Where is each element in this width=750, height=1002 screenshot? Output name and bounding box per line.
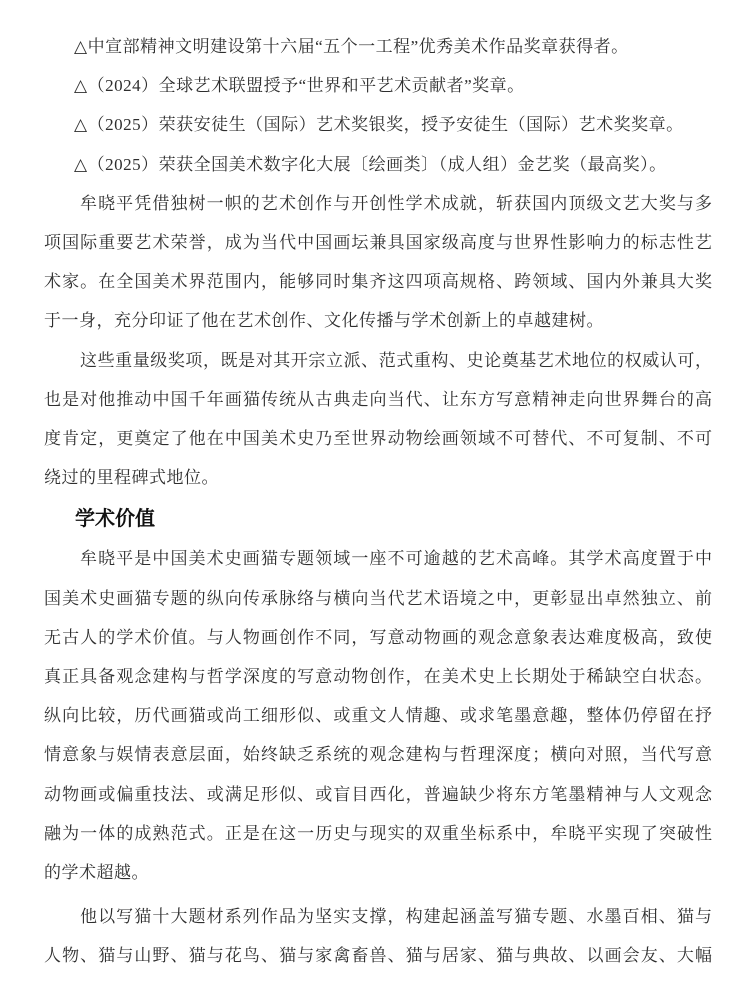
award-line-4: △（2025）荣获全国美术数字化大展〔绘画类〕（成人组）金艺奖（最高奖）。 (44, 145, 712, 184)
academic-paragraph-1-line: 无古人的学术价值。与人物画创作不同，写意动物画的观念意象表达难度极高，致使 (44, 618, 712, 657)
academic-paragraph-1-line: 牟晓平是中国美术史画猫专题领域一座不可逾越的艺术高峰。其学术高度置于中 (44, 539, 712, 578)
intro-paragraph-2-line: 度肯定，更奠定了他在中国美术史乃至世界动物绘画领域不可替代、不可复制、不可 (44, 419, 712, 458)
academic-paragraph-1-line: 纵向比较，历代画猫或尚工细形似、或重文人情趣、或求笔墨意趣，整体仍停留在抒 (44, 696, 712, 735)
intro-paragraph-2-line: 这些重量级奖项，既是对其开宗立派、范式重构、史论奠基艺术地位的权威认可， (44, 341, 712, 380)
award-line-2: △（2024）全球艺术联盟授予“世界和平艺术贡献者”奖章。 (44, 66, 712, 105)
section-heading-academic-value: 学术价值 (44, 500, 712, 539)
intro-paragraph-1-line: 项国际重要艺术荣誉，成为当代中国画坛兼具国家级高度与世界性影响力的标志性艺 (44, 223, 712, 262)
document-content: △中宣部精神文明建设第十六届“五个一工程”优秀美术作品奖章获得者。 △（2024… (0, 0, 750, 976)
academic-paragraph-1-line: 国美术史画猫专题的纵向传承脉络与横向当代艺术语境之中，更彰显出卓然独立、前 (44, 579, 712, 618)
award-line-3: △（2025）荣获安徒生（国际）艺术奖银奖，授予安徒生（国际）艺术奖奖章。 (44, 105, 712, 144)
intro-paragraph-1-line: 术家。在全国美术界范围内，能够同时集齐这四项高规格、跨领域、国内外兼具大奖 (44, 262, 712, 301)
academic-paragraph-1-line: 真正具备观念建构与哲学深度的写意动物创作，在美术史上长期处于稀缺空白状态。 (44, 657, 712, 696)
academic-paragraph-2-line: 人物、猫与山野、猫与花鸟、猫与家禽畜兽、猫与居家、猫与典故、以画会友、大幅 (44, 936, 712, 975)
document-page: △中宣部精神文明建设第十六届“五个一工程”优秀美术作品奖章获得者。 △（2024… (0, 0, 750, 1002)
intro-paragraph-1-line: 牟晓平凭借独树一帜的艺术创作与开创性学术成就，斩获国内顶级文艺大奖与多 (44, 184, 712, 223)
intro-paragraph-2-line: 绕过的里程碑式地位。 (44, 458, 712, 497)
academic-paragraph-1-line: 的学术超越。 (44, 853, 712, 892)
intro-paragraph-2-line: 也是对他推动中国千年画猫传统从古典走向当代、让东方写意精神走向世界舞台的高 (44, 380, 712, 419)
academic-paragraph-1-line: 情意象与娱情表意层面，始终缺乏系统的观念建构与哲理深度；横向对照，当代写意 (44, 735, 712, 774)
academic-paragraph-2-line: 他以写猫十大题材系列作品为坚实支撑，构建起涵盖写猫专题、水墨百相、猫与 (44, 897, 712, 936)
award-line-1: △中宣部精神文明建设第十六届“五个一工程”优秀美术作品奖章获得者。 (44, 27, 712, 66)
academic-paragraph-1-line: 动物画或偏重技法、或满足形似、或盲目西化，普遍缺少将东方笔墨精神与人文观念 (44, 775, 712, 814)
academic-paragraph-1-line: 融为一体的成熟范式。正是在这一历史与现实的双重坐标系中，牟晓平实现了突破性 (44, 814, 712, 853)
intro-paragraph-1-line: 于一身，充分印证了他在艺术创作、文化传播与学术创新上的卓越建树。 (44, 301, 712, 340)
